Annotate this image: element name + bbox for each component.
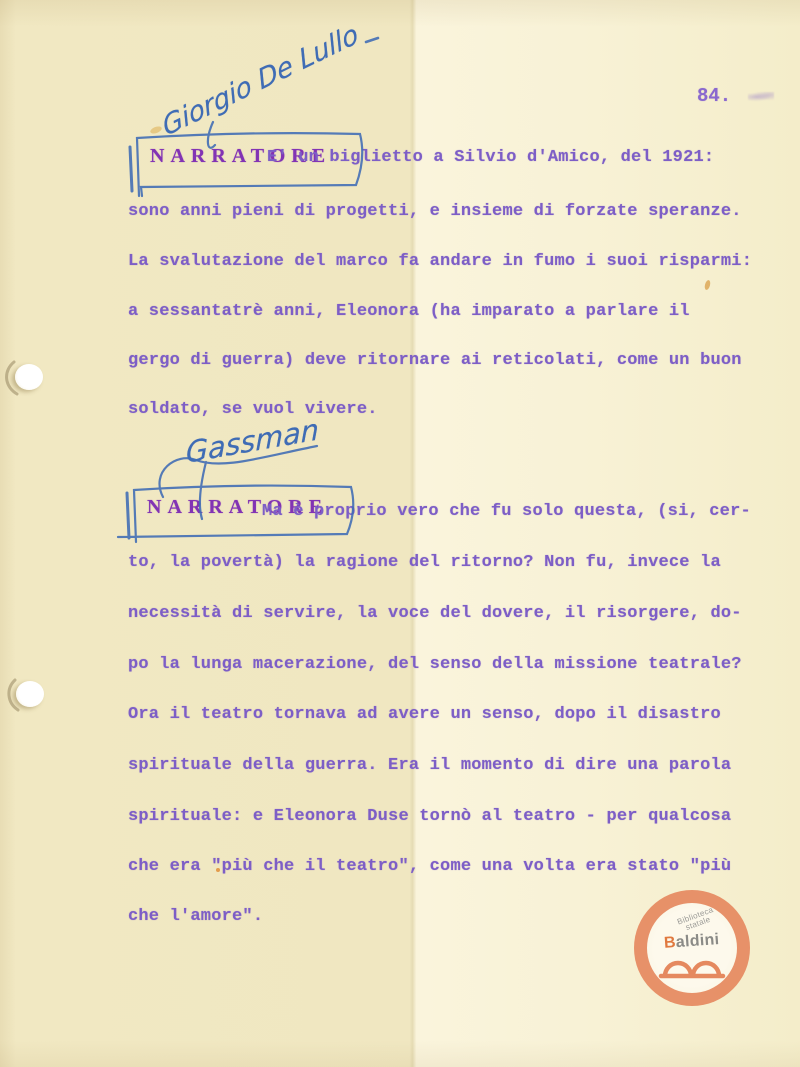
typed-line: to, la povertà) la ragione del ritorno? … [128, 553, 721, 572]
typed-line: soldato, se vuol vivere. [128, 400, 378, 419]
typescript-page: 84. Giorgio De Lullo Gassman NARRATORE N… [0, 0, 800, 1067]
paper-blemish [216, 868, 220, 872]
typed-line: Ma è proprio vero che fu solo questa, (s… [262, 502, 751, 521]
open-book-icon [655, 953, 729, 981]
library-stamp-name: Baldini [664, 931, 721, 953]
typed-line: spirituale della guerra. Era il momento … [128, 756, 731, 775]
handwritten-signature-middle: Gassman [186, 412, 319, 470]
handwritten-signature-top: Giorgio De Lullo [159, 18, 361, 143]
typed-line: a sessantatrè anni, Eleonora (ha imparat… [128, 302, 690, 321]
ink-smudge [748, 92, 774, 102]
typed-line: Ora il teatro tornava ad avere un senso,… [128, 705, 721, 724]
punch-hole [15, 364, 43, 390]
typed-line: gergo di guerra) deve ritornare ai retic… [128, 351, 742, 370]
typed-line: po la lunga macerazione, del senso della… [128, 655, 742, 674]
typed-line: spirituale: e Eleonora Duse tornò al tea… [128, 807, 731, 826]
paper-blemish [149, 125, 162, 135]
page-number: 84. [697, 85, 731, 107]
typed-line: La svalutazione del marco fa andare in f… [128, 252, 752, 271]
typed-line: che era "più che il teatro", come una vo… [128, 857, 731, 876]
typed-line: sono anni pieni di progetti, e insieme d… [128, 202, 742, 221]
typed-line: necessità di servire, la voce del dovere… [128, 604, 742, 623]
typed-line: che l'amore". [128, 907, 263, 926]
paper-blemish [704, 280, 711, 291]
punch-hole [16, 681, 44, 707]
library-stamp: Biblioteca statale Baldini [634, 890, 750, 1006]
typed-line: E' un biglietto a Silvio d'Amico, del 19… [267, 148, 714, 167]
library-stamp-small-text: Biblioteca statale [677, 906, 718, 934]
